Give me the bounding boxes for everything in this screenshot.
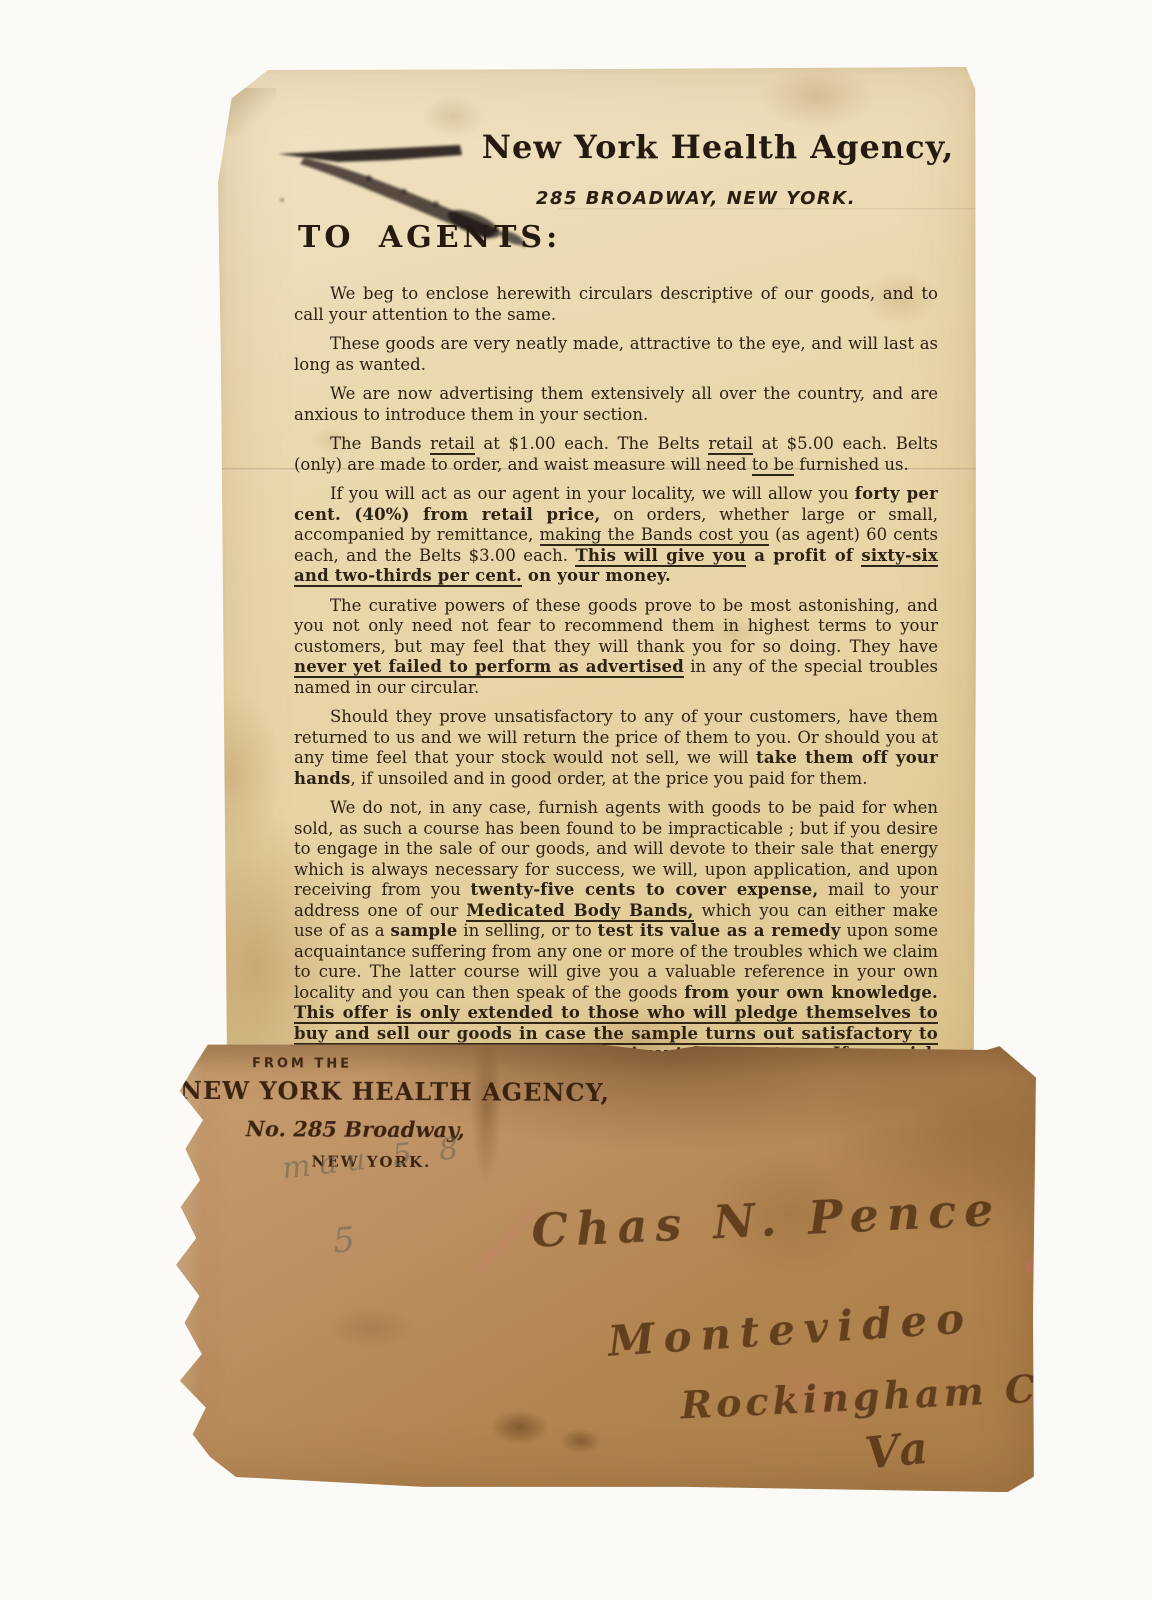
recipient-name: Chas N. Pence [530,1182,1002,1258]
recipient-state: Va [863,1422,934,1479]
pink-crayon-mark [1023,1152,1123,1275]
letter-text-run: The curative powers of these goods prove… [294,596,938,656]
letter-text-run: retail [430,434,475,455]
letter-paragraph: Should they prove unsatisfactory to any … [294,707,938,789]
letter-paragraph: We do not, in any case, furnish agents w… [294,798,938,1085]
letter-text-run: to be [752,455,794,476]
letter-paragraph: If you will act as our agent in your loc… [294,484,938,587]
letter-text-run: a profit of [746,546,861,565]
letter-text-run: These goods are very neatly made, attrac… [294,334,938,374]
letter-text-run: test its value as a remedy [598,921,841,940]
letter-text-run: Medicated Body Bands, [466,901,693,922]
letter-paragraph: The curative powers of these goods prove… [294,596,938,699]
recipient-county: Rockingham Co [679,1364,1069,1427]
recipient-city: Montevideo [606,1293,974,1365]
letter-text-run: If you will act as our agent in your loc… [330,484,855,503]
letter-sheet: New York Health Agency, 285 BROADWAY, NE… [218,66,976,1078]
envelope-from-label: FROM THE [252,1056,352,1072]
envelope-agency-name: NEW YORK HEALTH AGENCY, [180,1076,610,1107]
letter-text-run: sample [390,921,457,940]
pink-crayon-mark [1074,1263,1152,1421]
letter-text-run: never yet failed to perform as advertise… [294,657,684,678]
corner-fold-mark [218,88,276,136]
letter-text-run: making the Bands cost you [540,525,769,546]
letter-paragraph: These goods are very neatly made, attrac… [294,334,938,375]
letter-text-run: We beg to enclose herewith circulars des… [294,284,938,324]
letter-text-run: from your own knowledge. [684,983,938,1002]
letter-text-run: retail [708,434,753,455]
letter-paragraph: We beg to enclose herewith circulars des… [294,284,938,325]
letter-paragraph: The Bands retail at $1.00 each. The Belt… [294,434,938,475]
letter-text-run: furnished us. [794,455,909,474]
letter-text-run: We are now advertising them extensively … [294,384,938,424]
letter-agency-name: New York Health Agency, [482,128,955,166]
letter-paragraph: We are now advertising them extensively … [294,384,938,425]
letter-text-run: This will give you [575,546,746,567]
letter-text-run: in selling, or to [457,921,597,940]
envelope: FROM THE NEW YORK HEALTH AGENCY, No. 285… [162,1042,1036,1493]
letter-text-run: on your money. [522,566,671,585]
letter-salutation: TO AGENTS: [298,220,561,255]
letter-agency-address: 285 BROADWAY, NEW YORK. [536,188,856,209]
letter-body: We beg to enclose herewith circulars des… [294,284,938,1094]
letter-text-run: twenty-five cents to cover expense, [471,880,819,899]
pencil-note-secondary: 5 [332,1220,357,1262]
letter-text-run: The Bands [330,434,430,453]
letter-text-run: at $1.00 each. The Belts [475,434,709,453]
scanned-document-background: New York Health Agency, 285 BROADWAY, NE… [0,0,1152,1600]
letter-text-run: , if unsoiled and in good order, at the … [351,769,868,788]
